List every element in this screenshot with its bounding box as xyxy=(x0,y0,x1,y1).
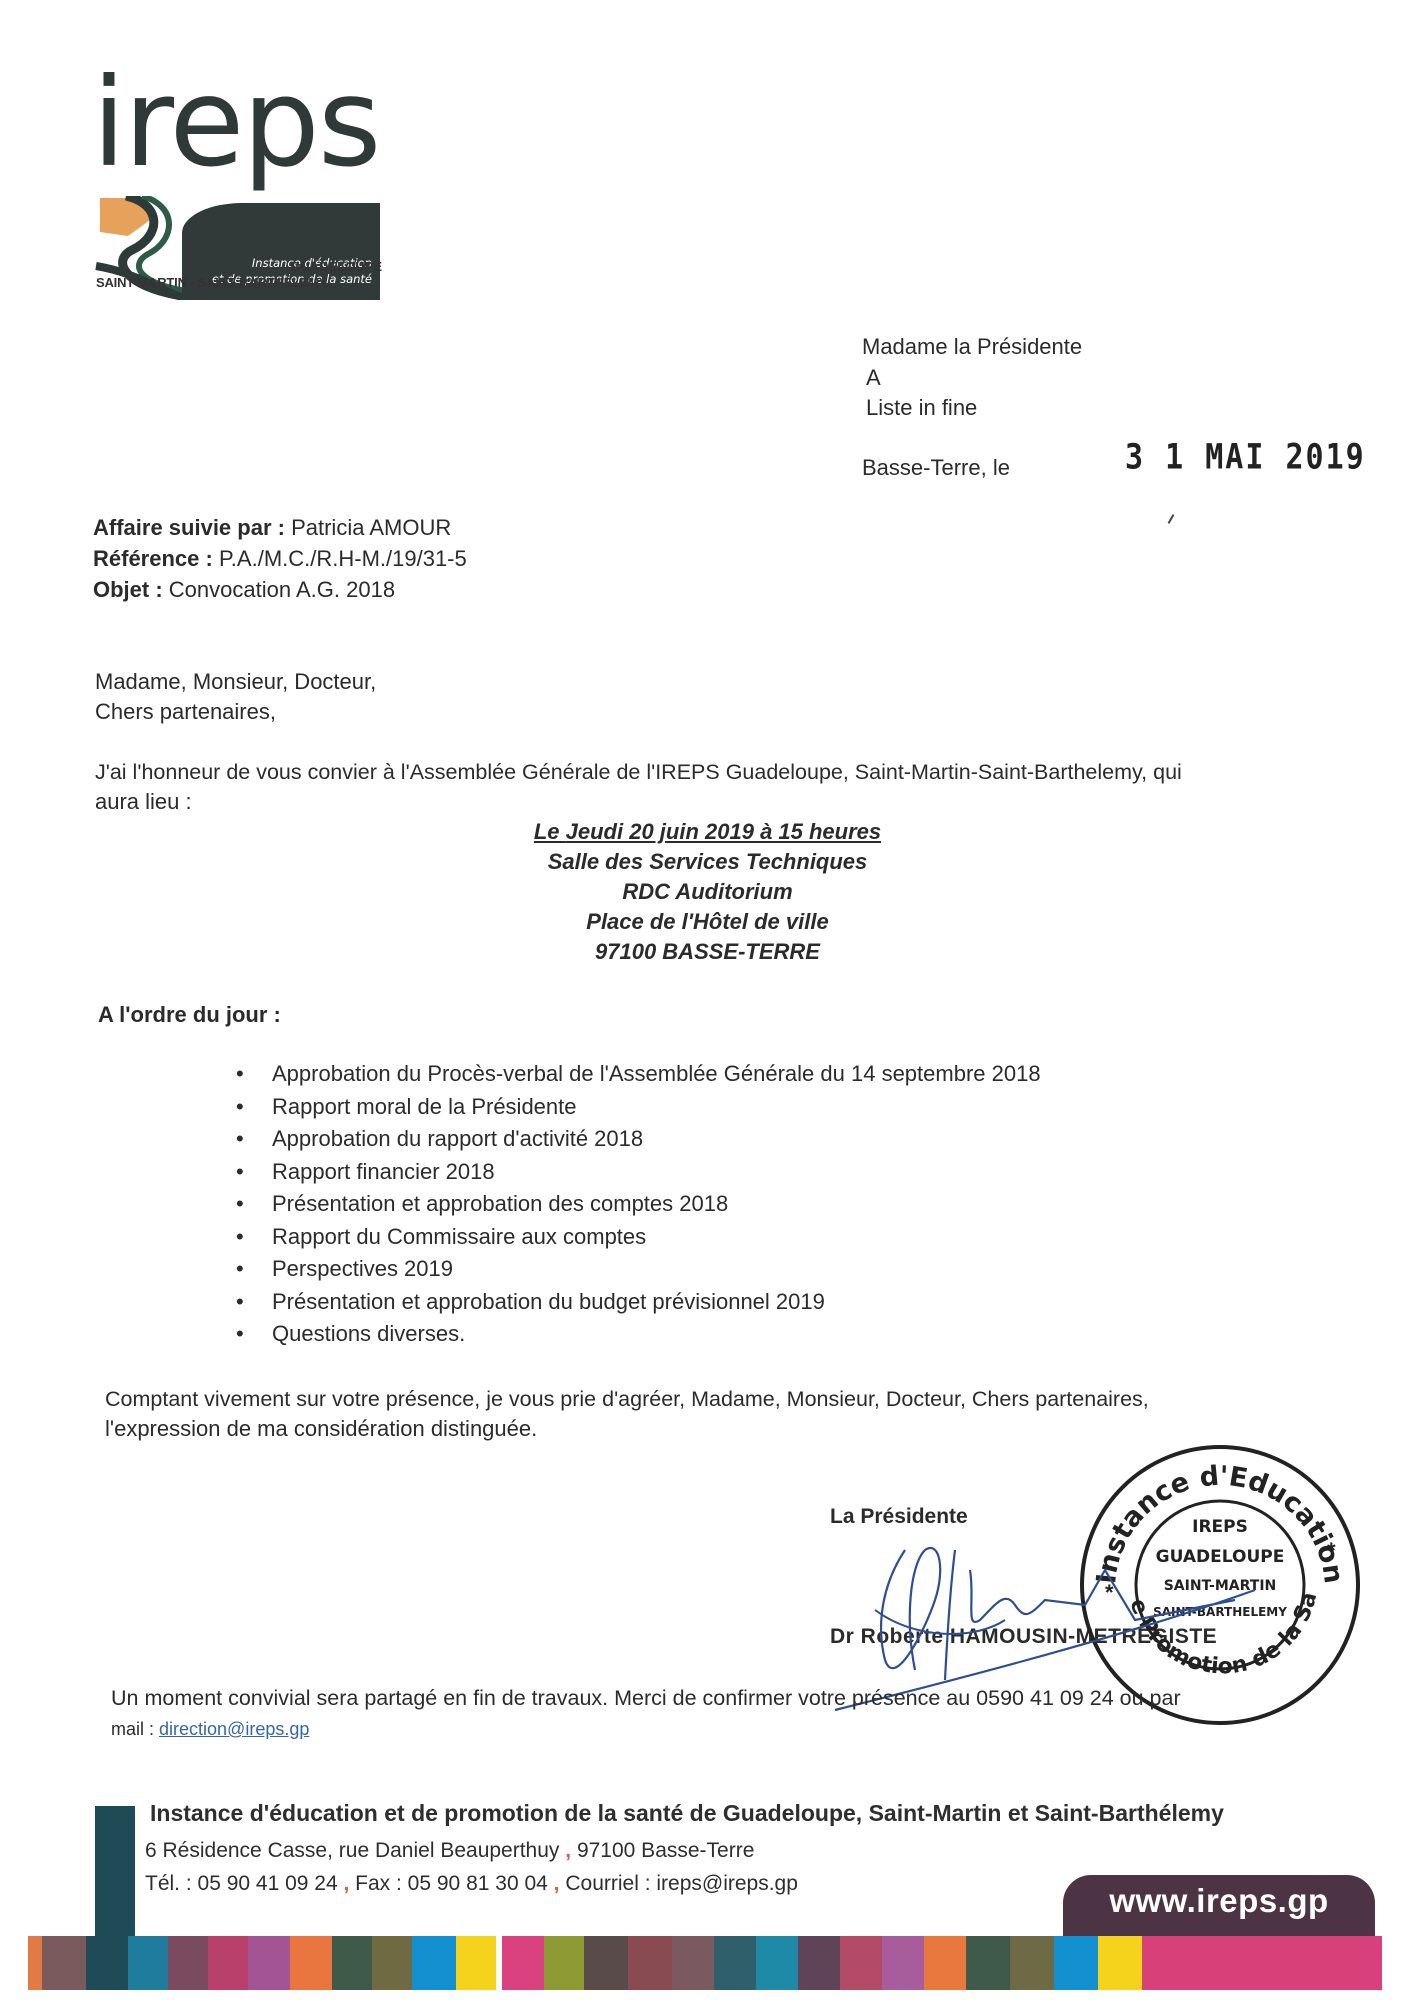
color-stripe xyxy=(1010,1936,1054,1990)
closing-line-2: l'expression de ma considération disting… xyxy=(105,1414,537,1444)
venue-place: Place de l'Hôtel de ville xyxy=(0,907,1415,937)
salutation-2: Chers partenaires, xyxy=(95,697,276,727)
email-link[interactable]: direction@ireps.gp xyxy=(159,1719,309,1739)
color-stripe xyxy=(168,1936,208,1990)
color-stripe xyxy=(456,1936,496,1990)
color-stripe xyxy=(628,1936,672,1990)
color-stripe xyxy=(714,1936,756,1990)
affaire-line: Affaire suivie par : Patricia AMOUR xyxy=(93,513,451,543)
reference-label: Référence : xyxy=(93,546,213,571)
venue-prefix: Le xyxy=(534,819,566,844)
agenda-item: Approbation du rapport d'activité 2018 xyxy=(236,1123,1041,1156)
website-link[interactable]: www.ireps.gp xyxy=(1063,1882,1375,1920)
color-stripe xyxy=(248,1936,290,1990)
logo-wordmark: ireps xyxy=(92,52,379,194)
salutation-1: Madame, Monsieur, Docteur, xyxy=(95,667,376,697)
color-stripe xyxy=(128,1936,168,1990)
ireps-logo: ireps Instance d'éducation et de promoti… xyxy=(92,78,382,300)
footer-address: 6 Résidence Casse, rue Daniel Beauperthu… xyxy=(145,1839,754,1863)
agenda-item: Rapport du Commissaire aux comptes xyxy=(236,1221,1041,1254)
agenda-item: Rapport financier 2018 xyxy=(236,1156,1041,1189)
color-stripe xyxy=(28,1936,42,1990)
footer-phone: Tél. : 05 90 41 09 24 xyxy=(145,1872,338,1895)
color-stripe-band xyxy=(28,1936,1382,1990)
venue-room: Salle des Services Techniques xyxy=(0,847,1415,877)
agenda-list: Approbation du Procès-verbal de l'Assemb… xyxy=(236,1058,1041,1351)
color-stripe xyxy=(1054,1936,1098,1990)
place-date-label: Basse-Terre, le xyxy=(862,453,1010,483)
logo-region-1: GUADELOUPE xyxy=(290,259,382,274)
reference-line: Référence : P.A./M.C./R.H-M./19/31-5 xyxy=(93,544,467,574)
agenda-item: Perspectives 2019 xyxy=(236,1253,1041,1286)
color-stripe xyxy=(332,1936,372,1990)
footer-org-name: Instance d'éducation et de promotion de … xyxy=(150,1800,1224,1827)
agenda-item: Questions diverses. xyxy=(236,1318,1041,1351)
color-stripe xyxy=(412,1936,456,1990)
venue-date: Jeudi 20 juin 2019 à 15 heures xyxy=(566,819,882,844)
footer-city: 97100 Basse-Terre xyxy=(577,1839,754,1862)
logo-region-2: SAINT-MARTIN - SAINT-BARTHÉLEMY xyxy=(96,275,327,290)
notice-line-1: Un moment convivial sera partagé en fin … xyxy=(111,1683,1181,1713)
affaire-value: Patricia AMOUR xyxy=(291,515,451,540)
color-stripe xyxy=(756,1936,798,1990)
color-stripe xyxy=(882,1936,924,1990)
color-stripe xyxy=(42,1936,86,1990)
objet-value: Convocation A.G. 2018 xyxy=(169,577,395,602)
venue-city: 97100 BASSE-TERRE xyxy=(0,937,1415,967)
color-stripe xyxy=(1142,1936,1382,1990)
color-stripe xyxy=(672,1936,714,1990)
footer-separator: , xyxy=(343,1872,349,1895)
scan-mark xyxy=(1168,514,1175,524)
venue-when: Le Jeudi 20 juin 2019 à 15 heures xyxy=(0,817,1415,847)
footer-fax: Fax : 05 90 81 30 04 xyxy=(355,1872,548,1895)
color-stripe xyxy=(966,1936,1010,1990)
mail-label: mail : xyxy=(111,1719,159,1739)
agenda-item: Présentation et approbation du budget pr… xyxy=(236,1286,1041,1319)
closing-line-1: Comptant vivement sur votre présence, je… xyxy=(105,1384,1149,1414)
footer-separator: , xyxy=(554,1872,560,1895)
color-stripe xyxy=(1098,1936,1142,1990)
agenda-item: Approbation du Procès-verbal de l'Assemb… xyxy=(236,1058,1041,1091)
footer-street: 6 Résidence Casse, rue Daniel Beauperthu… xyxy=(145,1839,559,1862)
color-stripe xyxy=(584,1936,628,1990)
svg-text:*: * xyxy=(1327,1538,1336,1563)
color-stripe xyxy=(798,1936,840,1990)
footer-contacts: Tél. : 05 90 41 09 24 , Fax : 05 90 81 3… xyxy=(145,1872,798,1896)
color-stripe xyxy=(502,1936,544,1990)
color-stripe xyxy=(924,1936,966,1990)
recipient-line-3: Liste in fine xyxy=(866,393,977,423)
objet-label: Objet : xyxy=(93,577,163,602)
color-stripe xyxy=(290,1936,332,1990)
venue-floor: RDC Auditorium xyxy=(0,877,1415,907)
footer-separator: , xyxy=(565,1839,571,1862)
recipient-line-2: A xyxy=(866,363,881,393)
reference-value: P.A./M.C./R.H-M./19/31-5 xyxy=(219,546,467,571)
date-stamp: 3 1 MAI 2019 xyxy=(1125,437,1366,477)
color-stripe xyxy=(544,1936,584,1990)
intro-line-2: aura lieu : xyxy=(95,787,192,817)
agenda-item: Présentation et approbation des comptes … xyxy=(236,1188,1041,1221)
color-stripe xyxy=(208,1936,248,1990)
color-stripe xyxy=(372,1936,412,1990)
affaire-label: Affaire suivie par : xyxy=(93,515,285,540)
intro-line-1: J'ai l'honneur de vous convier à l'Assem… xyxy=(95,757,1182,787)
footer-email: Courriel : ireps@ireps.gp xyxy=(565,1872,798,1895)
objet-line: Objet : Convocation A.G. 2018 xyxy=(93,575,395,605)
color-stripe xyxy=(840,1936,882,1990)
agenda-title: A l'ordre du jour : xyxy=(98,1000,281,1030)
color-stripe xyxy=(86,1936,128,1990)
notice-line-2: mail : direction@ireps.gp xyxy=(111,1714,309,1744)
agenda-item: Rapport moral de la Présidente xyxy=(236,1091,1041,1124)
recipient-line-1: Madame la Présidente xyxy=(862,332,1082,362)
